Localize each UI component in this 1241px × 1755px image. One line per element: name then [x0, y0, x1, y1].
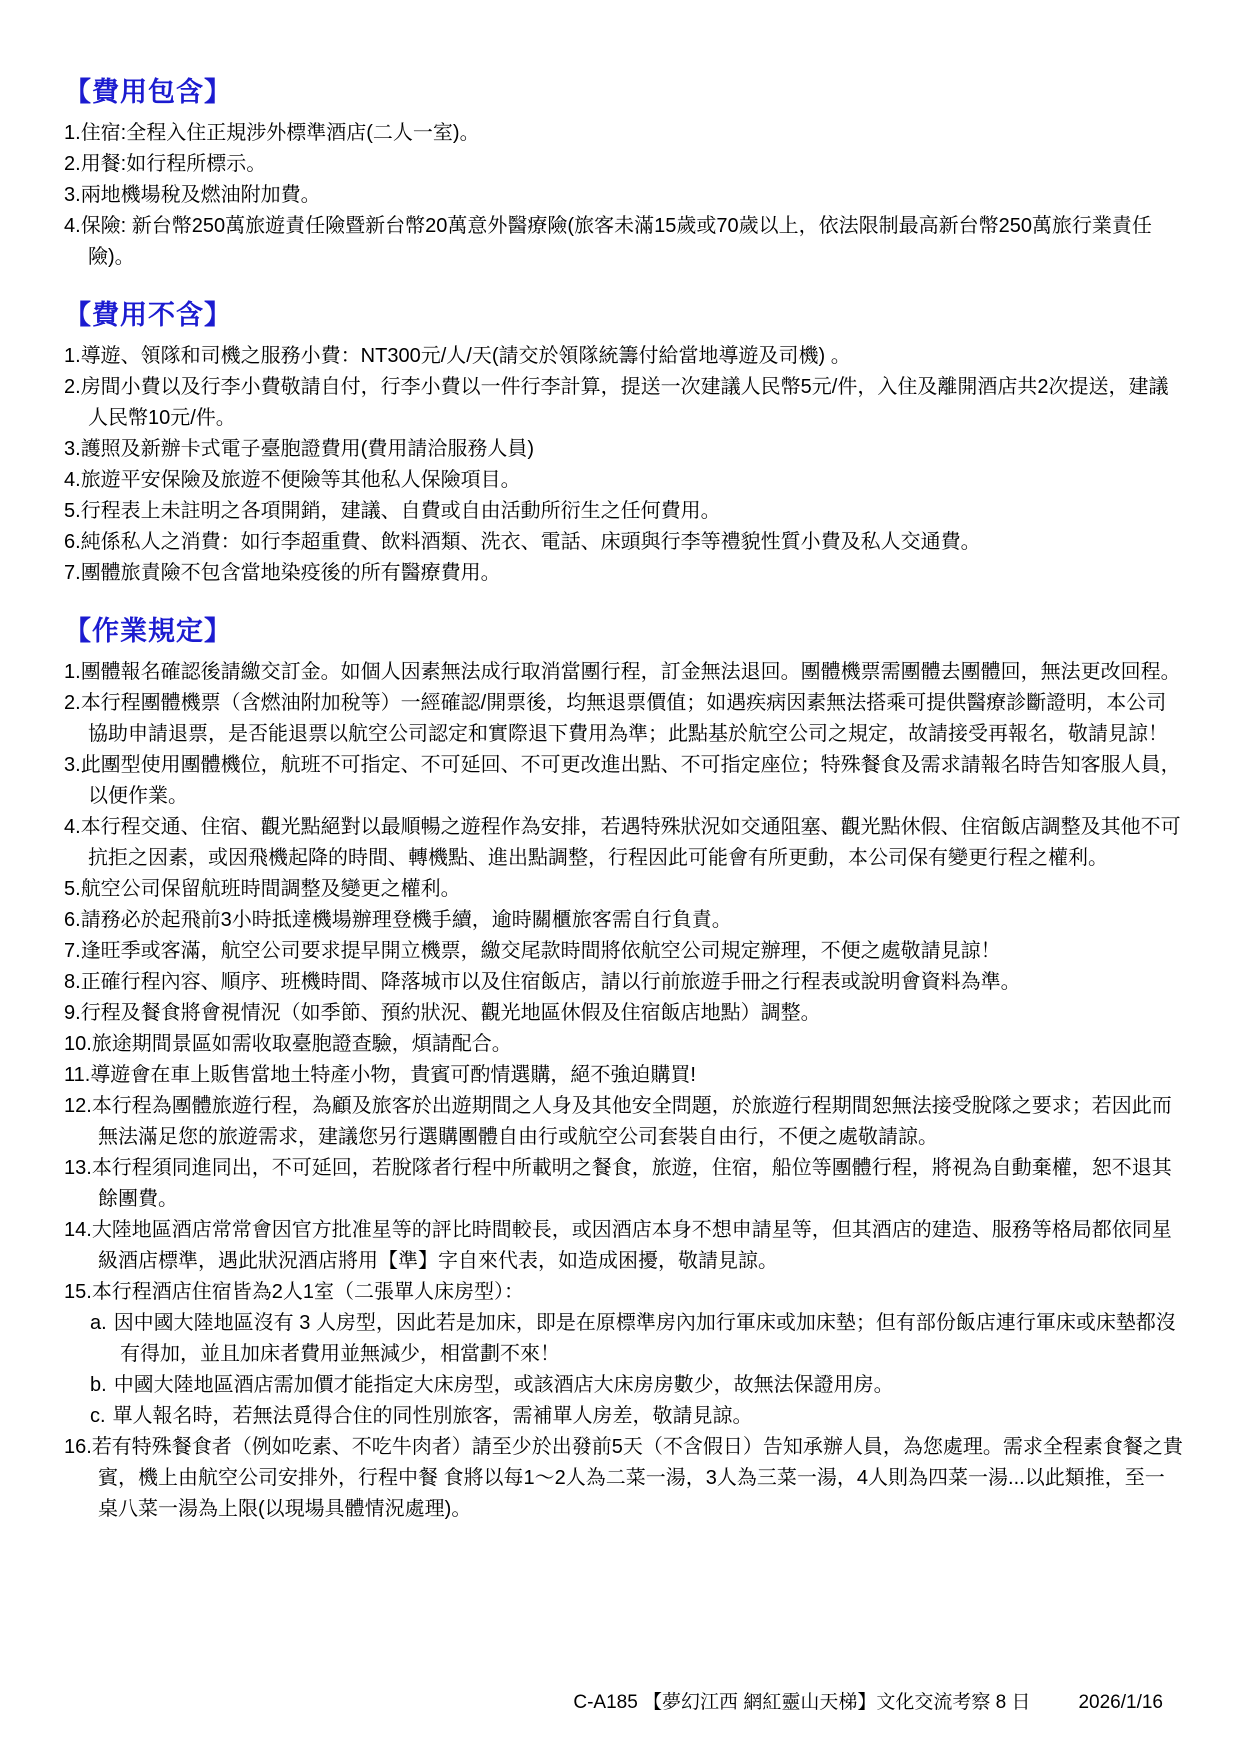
list-item: 4.本行程交通、住宿、觀光點絕對以最順暢之遊程作為安排，若遇特殊狀況如交通阻塞、… — [64, 812, 1183, 874]
item-number: 1. — [64, 661, 81, 683]
item-text: 住宿:全程入住正規涉外標準酒店(二人一室)。 — [81, 122, 480, 144]
item-text: 團體旅責險不包含當地染疫後的所有醫療費用。 — [81, 562, 501, 584]
item-number: 6. — [64, 909, 81, 931]
item-number: 2. — [64, 692, 81, 714]
item-text: 團體報名確認後請繳交訂金。如個人因素無法成行取消當團行程，訂金無法退回。團體機票… — [81, 661, 1181, 683]
item-number: 1. — [64, 122, 81, 144]
list-item: 14.大陸地區酒店常常會因官方批准星等的評比時間較長，或因酒店本身不想申請星等，… — [64, 1215, 1183, 1277]
list-item: 10.旅途期間景區如需收取臺胞證查驗，煩請配合。 — [64, 1029, 1183, 1060]
item-text: 旅遊平安保險及旅遊不便險等其他私人保險項目。 — [81, 469, 521, 491]
list-item: 3.兩地機場稅及燃油附加費。 — [64, 180, 1183, 211]
list-item: 5.行程表上未註明之各項開銷，建議、自費或自由活動所衍生之任何費用。 — [64, 496, 1183, 527]
item-text: 本行程為團體旅遊行程，為顧及旅客於出遊期間之人身及其他安全問題，於旅遊行程期間恕… — [92, 1095, 1172, 1148]
item-number: 9. — [64, 1002, 81, 1024]
item-text: 兩地機場稅及燃油附加費。 — [81, 184, 321, 206]
tour-terms-document-page: 【費用包含】 1.住宿:全程入住正規涉外標準酒店(二人一室)。 2.用餐:如行程… — [0, 0, 1241, 1755]
document-content: 【費用包含】 1.住宿:全程入住正規涉外標準酒店(二人一室)。 2.用餐:如行程… — [0, 0, 1241, 1525]
item-number: 14. — [64, 1219, 92, 1241]
section-fees-included: 【費用包含】 1.住宿:全程入住正規涉外標準酒店(二人一室)。 2.用餐:如行程… — [64, 76, 1183, 273]
item-text: 導遊、領隊和司機之服務小費：NT300元/人/天(請交於領隊統籌付給當地導遊及司… — [81, 345, 851, 367]
list-item: 13.本行程須同進同出，不可延回，若脫隊者行程中所載明之餐食，旅遊，住宿，船位等… — [64, 1153, 1183, 1215]
list-item: 7.團體旅責險不包含當地染疫後的所有醫療費用。 — [64, 558, 1183, 589]
item-number: c. — [90, 1405, 106, 1427]
sub-list-item: b.中國大陸地區酒店需加價才能指定大床房型，或該酒店大床房房數少，故無法保證用房… — [90, 1370, 1183, 1401]
item-number: 3. — [64, 184, 81, 206]
section-operating-rules: 【作業規定】 1.團體報名確認後請繳交訂金。如個人因素無法成行取消當團行程，訂金… — [64, 615, 1183, 1525]
list-item: 16.若有特殊餐食者（例如吃素、不吃牛肉者）請至少於出發前5天（不含假日）告知承… — [64, 1432, 1183, 1525]
list-item: 2.本行程團體機票（含燃油附加稅等）一經確認/開票後，均無退票價值；如遇疾病因素… — [64, 688, 1183, 750]
item-number: 3. — [64, 438, 81, 460]
page-footer: C-A185 【夢幻江西 網紅靈山天梯】文化交流考察 8 日 2026/1/16 — [573, 1691, 1163, 1715]
footer-date: 2026/1/16 — [1078, 1691, 1163, 1715]
sub-item-list: a.因中國大陸地區沒有 3 人房型，因此若是加床，即是在原標準房內加行軍床或加床… — [64, 1308, 1183, 1432]
item-text: 單人報名時，若無法覓得合住的同性別旅客，需補單人房差，敬請見諒。 — [113, 1405, 753, 1427]
item-number: 10. — [64, 1033, 92, 1055]
item-text: 行程表上未註明之各項開銷，建議、自費或自由活動所衍生之任何費用。 — [81, 500, 721, 522]
item-text: 因中國大陸地區沒有 3 人房型，因此若是加床，即是在原標準房內加行軍床或加床墊；… — [114, 1312, 1176, 1365]
item-text: 本行程交通、住宿、觀光點絕對以最順暢之遊程作為安排，若遇特殊狀況如交通阻塞、觀光… — [81, 816, 1181, 869]
section-title-fees-included: 【費用包含】 — [64, 76, 1183, 108]
item-text: 導遊會在車上販售當地土特產小物，貴賓可酌情選購，絕不強迫購買! — [90, 1064, 696, 1086]
item-number: 4. — [64, 469, 81, 491]
list-item: 15.本行程酒店住宿皆為2人1室（二張單人床房型）： — [64, 1277, 1183, 1308]
item-text: 大陸地區酒店常常會因官方批准星等的評比時間較長，或因酒店本身不想申請星等，但其酒… — [92, 1219, 1172, 1272]
list-item: 2.房間小費以及行李小費敬請自付，行李小費以一件行李計算，提送一次建議人民幣5元… — [64, 372, 1183, 434]
item-number: b. — [90, 1374, 107, 1396]
item-text: 本行程團體機票（含燃油附加稅等）一經確認/開票後，均無退票價值；如遇疾病因素無法… — [81, 692, 1168, 745]
item-text: 行程及餐食將會視情況（如季節、預約狀況、觀光地區休假及住宿飯店地點）調整。 — [81, 1002, 821, 1024]
item-text: 正確行程內容、順序、班機時間、降落城市以及住宿飯店，請以行前旅遊手冊之行程表或說… — [81, 971, 1021, 993]
item-text: 護照及新辦卡式電子臺胞證費用(費用請洽服務人員) — [81, 438, 534, 460]
item-text: 航空公司保留航班時間調整及變更之權利。 — [81, 878, 461, 900]
list-item: 4.旅遊平安保險及旅遊不便險等其他私人保險項目。 — [64, 465, 1183, 496]
item-number: 2. — [64, 376, 81, 398]
item-number: 3. — [64, 754, 81, 776]
item-number: 15. — [64, 1281, 92, 1303]
list-item: 12.本行程為團體旅遊行程，為顧及旅客於出遊期間之人身及其他安全問題，於旅遊行程… — [64, 1091, 1183, 1153]
item-number: 11. — [64, 1064, 90, 1086]
item-number: 8. — [64, 971, 81, 993]
list-item: 6.純係私人之消費：如行李超重費、飲料酒類、洗衣、電話、床頭與行李等禮貌性質小費… — [64, 527, 1183, 558]
section-title-operating-rules: 【作業規定】 — [64, 615, 1183, 647]
item-number: a. — [90, 1312, 107, 1334]
item-number: 13. — [64, 1157, 92, 1179]
list-item: 6.請務必於起飛前3小時抵達機場辦理登機手續，逾時關櫃旅客需自行負責。 — [64, 905, 1183, 936]
list-item: 3.護照及新辦卡式電子臺胞證費用(費用請洽服務人員) — [64, 434, 1183, 465]
item-number: 2. — [64, 153, 81, 175]
item-number: 4. — [64, 215, 81, 237]
item-number: 1. — [64, 345, 81, 367]
item-text: 逢旺季或客滿，航空公司要求提早開立機票，繳交尾款時間將依航空公司規定辦理，不便之… — [81, 940, 1001, 962]
item-text: 請務必於起飛前3小時抵達機場辦理登機手續，逾時關櫃旅客需自行負責。 — [81, 909, 732, 931]
list-item: 2.用餐:如行程所標示。 — [64, 149, 1183, 180]
list-item: 1.導遊、領隊和司機之服務小費：NT300元/人/天(請交於領隊統籌付給當地導遊… — [64, 341, 1183, 372]
item-number: 16. — [64, 1436, 92, 1458]
item-text: 保險: 新台幣250萬旅遊責任險暨新台幣20萬意外醫療險(旅客未滿15歲或70歲… — [81, 215, 1152, 268]
item-text: 純係私人之消費：如行李超重費、飲料酒類、洗衣、電話、床頭與行李等禮貌性質小費及私… — [81, 531, 981, 553]
list-item: 1.住宿:全程入住正規涉外標準酒店(二人一室)。 — [64, 118, 1183, 149]
sub-list-item: c.單人報名時，若無法覓得合住的同性別旅客，需補單人房差，敬請見諒。 — [90, 1401, 1183, 1432]
item-text: 此團型使用團體機位，航班不可指定、不可延回、不可更改進出點、不可指定座位；特殊餐… — [81, 754, 1181, 807]
list-item: 1.團體報名確認後請繳交訂金。如個人因素無法成行取消當團行程，訂金無法退回。團體… — [64, 657, 1183, 688]
list-item: 5.航空公司保留航班時間調整及變更之權利。 — [64, 874, 1183, 905]
list-item: 9.行程及餐食將會視情況（如季節、預約狀況、觀光地區休假及住宿飯店地點）調整。 — [64, 998, 1183, 1029]
item-text: 用餐:如行程所標示。 — [81, 153, 267, 175]
section-fees-excluded: 【費用不含】 1.導遊、領隊和司機之服務小費：NT300元/人/天(請交於領隊統… — [64, 299, 1183, 589]
item-text: 房間小費以及行李小費敬請自付，行李小費以一件行李計算，提送一次建議人民幣5元/件… — [81, 376, 1169, 429]
list-item: 8.正確行程內容、順序、班機時間、降落城市以及住宿飯店，請以行前旅遊手冊之行程表… — [64, 967, 1183, 998]
item-number: 7. — [64, 562, 81, 584]
list-item: 3.此團型使用團體機位，航班不可指定、不可延回、不可更改進出點、不可指定座位；特… — [64, 750, 1183, 812]
list-item: 7.逢旺季或客滿，航空公司要求提早開立機票，繳交尾款時間將依航空公司規定辦理，不… — [64, 936, 1183, 967]
section-title-fees-excluded: 【費用不含】 — [64, 299, 1183, 331]
item-text: 中國大陸地區酒店需加價才能指定大床房型，或該酒店大床房房數少，故無法保證用房。 — [114, 1374, 894, 1396]
item-number: 5. — [64, 878, 81, 900]
item-text: 若有特殊餐食者（例如吃素、不吃牛肉者）請至少於出發前5天（不含假日）告知承辦人員… — [92, 1436, 1183, 1520]
item-number: 4. — [64, 816, 81, 838]
item-text: 本行程酒店住宿皆為2人1室（二張單人床房型）： — [92, 1281, 524, 1303]
item-number: 6. — [64, 531, 81, 553]
list-item: 11.導遊會在車上販售當地土特產小物，貴賓可酌情選購，絕不強迫購買! — [64, 1060, 1183, 1091]
footer-tour-code-title: C-A185 【夢幻江西 網紅靈山天梯】文化交流考察 8 日 — [573, 1691, 1030, 1715]
sub-list-item: a.因中國大陸地區沒有 3 人房型，因此若是加床，即是在原標準房內加行軍床或加床… — [90, 1308, 1183, 1370]
item-number: 7. — [64, 940, 81, 962]
item-number: 5. — [64, 500, 81, 522]
item-number: 12. — [64, 1095, 92, 1117]
item-text: 本行程須同進同出，不可延回，若脫隊者行程中所載明之餐食，旅遊，住宿，船位等團體行… — [92, 1157, 1172, 1210]
item-text: 旅途期間景區如需收取臺胞證查驗，煩請配合。 — [92, 1033, 512, 1055]
list-item: 4.保險: 新台幣250萬旅遊責任險暨新台幣20萬意外醫療險(旅客未滿15歲或7… — [64, 211, 1183, 273]
